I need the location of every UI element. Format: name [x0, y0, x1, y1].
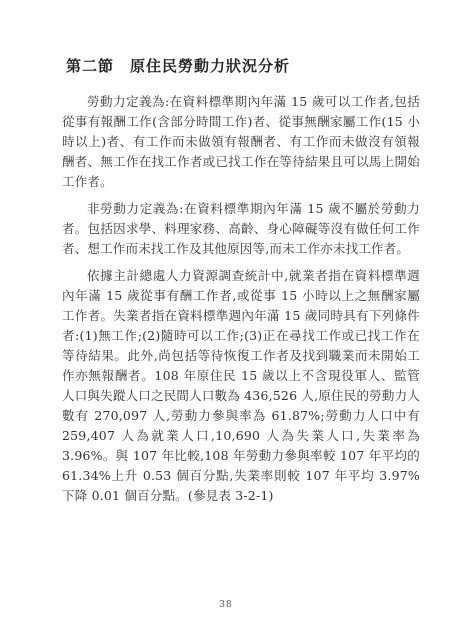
page-number: 38: [0, 600, 452, 610]
document-page: 第二節 原住民勞動力狀況分析 勞動力定義為:在資料標準期內年滿 15 歲可以工作…: [0, 0, 452, 640]
paragraph-labor-force-definition: 勞動力定義為:在資料標準期內年滿 15 歲可以工作者,包括從事有報酬工作(含部分…: [62, 92, 420, 192]
section-title: 第二節 原住民勞動力狀況分析: [66, 54, 420, 78]
paragraph-non-labor-force-definition: 非勞動力定義為:在資料標準期內年滿 15 歲不屬於勞動力者。包括因求學、料理家務…: [62, 199, 420, 259]
page-content: 第二節 原住民勞動力狀況分析 勞動力定義為:在資料標準期內年滿 15 歲可以工作…: [62, 54, 420, 513]
paragraph-statistics: 依據主計總處人力資源調查統計中,就業者指在資料標準週內年滿 15 歲從事有酬工作…: [62, 266, 420, 506]
